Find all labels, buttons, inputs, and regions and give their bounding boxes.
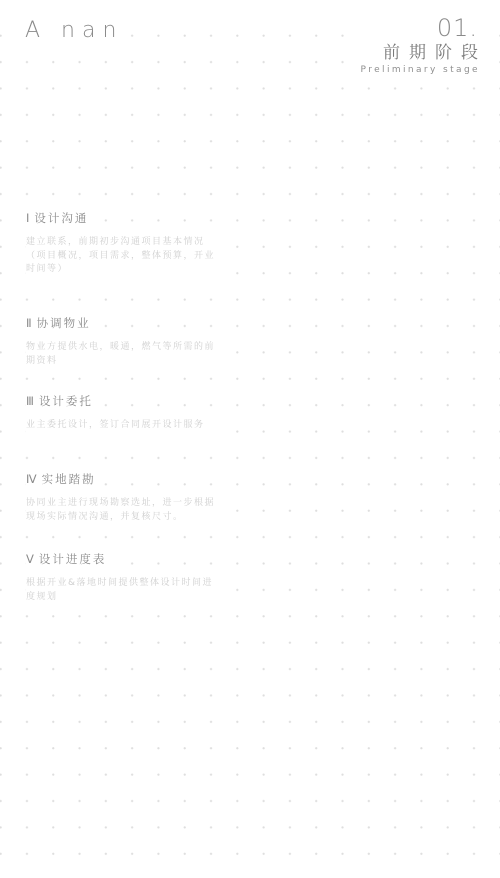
section-title: 设计委托 — [39, 394, 93, 408]
section-description: 建立联系，前期初步沟通项目基本情况（项目概况，项目需求，整体预算，开业时间等） — [26, 236, 218, 277]
section-heading: Ⅱ协调物业 — [26, 315, 95, 331]
section-numeral: Ⅳ — [26, 472, 39, 486]
dot-grid-background — [0, 0, 500, 878]
section-design-schedule: Ⅴ设计进度表 根据开业&落地时间提供整体设计时间进度规划 — [26, 548, 221, 604]
section-numeral: Ⅰ — [26, 211, 31, 225]
section-numeral: Ⅱ — [26, 316, 34, 330]
section-heading: Ⅰ设计沟通 — [26, 210, 92, 226]
section-title: 设计沟通 — [34, 211, 88, 225]
section-description: 业主委托设计，签订合同展开设计服务 — [26, 419, 218, 433]
section-design-commission: Ⅲ设计委托 业主委托设计，签订合同展开设计服务 — [26, 390, 221, 433]
section-heading: Ⅴ设计进度表 — [26, 551, 110, 567]
section-title: 协调物业 — [37, 316, 91, 330]
section-description: 根据开业&落地时间提供整体设计时间进度规划 — [26, 577, 218, 604]
stage-header: 01. 前期阶段 Preliminary stage — [355, 14, 478, 77]
section-description: 协同业主进行现场勘察选址，进一步根据现场实际情况沟通，并复核尺寸。 — [26, 497, 218, 524]
section-heading: Ⅳ实地踏勘 — [26, 471, 100, 487]
section-numeral: Ⅲ — [26, 394, 36, 408]
stage-title: 前期阶段 — [361, 42, 487, 64]
stage-subtitle: Preliminary stage — [361, 64, 480, 77]
section-site-survey: Ⅳ实地踏勘 协同业主进行现场勘察选址，进一步根据现场实际情况沟通，并复核尺寸。 — [26, 468, 221, 524]
section-coordinate-property: Ⅱ协调物业 物业方提供水电，暖通，燃气等所需的前期资料 — [26, 312, 221, 368]
stage-number: 01. — [361, 14, 478, 42]
section-heading: Ⅲ设计委托 — [26, 393, 97, 409]
section-title: 设计进度表 — [39, 552, 107, 566]
section-description: 物业方提供水电，暖通，燃气等所需的前期资料 — [26, 341, 218, 368]
section-title: 实地踏勘 — [42, 472, 96, 486]
section-numeral: Ⅴ — [26, 552, 36, 566]
section-design-communication: Ⅰ设计沟通 建立联系，前期初步沟通项目基本情况（项目概况，项目需求，整体预算，开… — [26, 207, 221, 277]
brand-name: A nan — [25, 18, 127, 43]
